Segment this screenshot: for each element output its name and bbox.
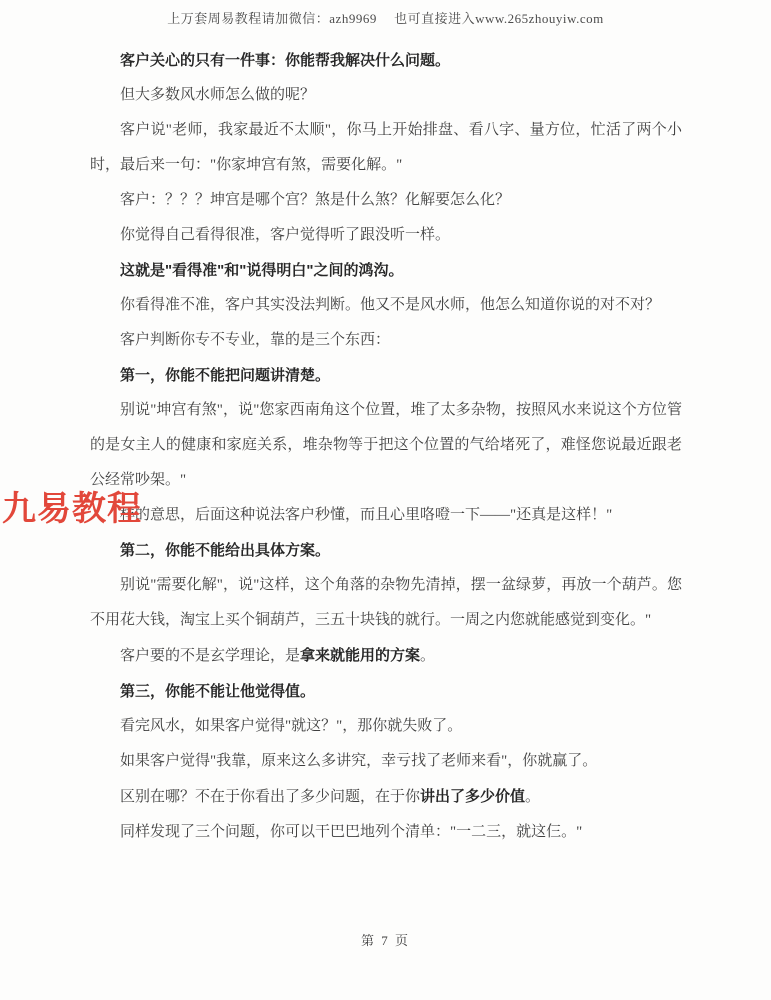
paragraph-heading: 客户关心的只有一件事：你能帮我解决什么问题。 (90, 43, 682, 78)
watermark-text: 九易教程 (2, 481, 142, 530)
paragraph: 区别在哪？不在于你看出了多少问题，在于你讲出了多少价值。 (90, 779, 682, 815)
paragraph: 同样发现了三个问题，你可以干巴巴地列个清单："一二三，就这仨。" (90, 815, 682, 850)
paragraph-heading: 第一，你能不能把问题讲清楚。 (90, 358, 682, 393)
paragraph: 看完风水，如果客户觉得"就这？"，那你就失败了。 (90, 709, 682, 744)
document-page: 上万套周易教程请加微信：azh9969 也可直接进入www.265zhouyiw… (0, 0, 771, 1000)
paragraph-heading: 这就是"看得准"和"说得明白"之间的鸿沟。 (90, 253, 682, 288)
page-header-note: 上万套周易教程请加微信：azh9969 也可直接进入www.265zhouyiw… (0, 8, 771, 27)
paragraph: 别说"坤宫有煞"，说"您家西南角这个位置，堆了太多杂物，按照风水来说这个方位管的… (90, 393, 682, 498)
paragraph: 客户说"老师，我家最近不太顺"，你马上开始排盘、看八字、量方位，忙活了两个小时，… (90, 113, 682, 183)
paragraph: 客户判断你专不专业，靠的是三个东西： (90, 323, 682, 358)
paragraph-heading: 第三，你能不能让他觉得值。 (90, 674, 682, 709)
paragraph-heading: 第二，你能不能给出具体方案。 (90, 533, 682, 568)
paragraph: 你看得准不准，客户其实没法判断。他又不是风水师，他怎么知道你说的对不对？ (90, 288, 682, 323)
paragraph: 但大多数风水师怎么做的呢？ (90, 78, 682, 113)
document-body: 客户关心的只有一件事：你能帮我解决什么问题。但大多数风水师怎么做的呢？客户说"老… (90, 43, 682, 850)
page-number: 第 7 页 (0, 930, 771, 949)
paragraph: 样的意思，后面这种说法客户秒懂，而且心里咯噔一下——"还真是这样！" (90, 498, 682, 533)
paragraph: 客户要的不是玄学理论，是拿来就能用的方案。 (90, 638, 682, 674)
paragraph: 客户：？？？坤宫是哪个宫？煞是什么煞？化解要怎么化？ (90, 183, 682, 218)
paragraph: 别说"需要化解"，说"这样，这个角落的杂物先清掉，摆一盆绿萝，再放一个葫芦。您不… (90, 568, 682, 638)
paragraph: 如果客户觉得"我靠，原来这么多讲究，幸亏找了老师来看"，你就赢了。 (90, 744, 682, 779)
paragraph: 你觉得自己看得很准，客户觉得听了跟没听一样。 (90, 218, 682, 253)
